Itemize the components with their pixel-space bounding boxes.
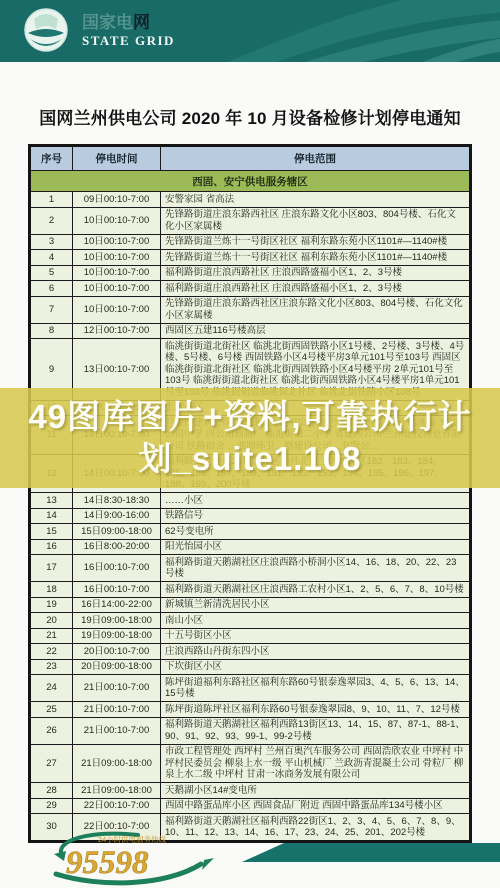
table-row: 2821日09:00-18:00天鹅湖小区14#变电所	[30, 783, 471, 799]
row-no: 5	[30, 265, 73, 281]
row-time: 14日9:00-16:00	[73, 508, 161, 524]
row-range: 南山小区	[161, 613, 471, 629]
row-range: 阳光怡园小区	[161, 539, 471, 555]
section-band-label: 西固、安宁供电服务辖区	[30, 171, 471, 192]
table-row: 710日00:10-7:00先锋路街道庄浪东路西社区庄浪东路文化小区803、80…	[30, 296, 471, 323]
row-no: 3	[30, 234, 73, 250]
row-range: 十五号街区小区	[161, 628, 471, 644]
row-range: 福利路街道庄浪西路社区 庄浪西路盛福小区1、2、3号楼	[161, 265, 471, 281]
logo-chinese: 国家电网	[82, 14, 175, 31]
row-range: 先锋路街道兰炼十一号街区社区 福利东路东苑小区1101#—1140#楼	[161, 250, 471, 266]
table-row: 1314日8:30-18:30……小区	[30, 493, 471, 509]
row-no: 24	[30, 675, 73, 702]
row-range: 62号变电所	[161, 524, 471, 540]
state-grid-emblem-icon	[24, 5, 68, 55]
row-range: 福利路街道天鹅湖社区福利西路13街区13、14、15、87、87-1、88-1、…	[161, 717, 471, 744]
row-no: 13	[30, 493, 73, 509]
table-row: 510日00:10-7:00福利路街道庄浪西路社区 庄浪西路盛福小区1、2、3号…	[30, 265, 471, 281]
row-time: 10日00:10-7:00	[73, 234, 161, 250]
table-row: 2220日00:10-7:00庄浪西路山丹街东四小区	[30, 644, 471, 660]
row-range: 西固中路蛋品库小区 西固食品厂附近 西固中路蛋品库134号楼小区	[161, 798, 471, 814]
row-time: 14日8:30-18:30	[73, 493, 161, 509]
table-row: 410日00:10-7:00先锋路街道兰炼十一号街区社区 福利东路东苑小区110…	[30, 250, 471, 266]
table-row: 2922日00:10-7:00西固中路蛋品库小区 西固食品厂附近 西固中路蛋品库…	[30, 798, 471, 814]
section-band-row: 西固、安宁供电服务辖区	[30, 171, 471, 192]
row-range: 陈坪街道陈坪社区福利东路60号银泰逸翠园8、9、10、11、7、12号楼	[161, 702, 471, 718]
row-no: 8	[30, 323, 73, 339]
table-row: 1816日00:10-7:00福利路街道天鹅湖社区庄浪西路工农村小区1、2、5、…	[30, 582, 471, 598]
watermark-line-2: 划_suite1.108	[139, 438, 362, 480]
row-no: 17	[30, 555, 73, 582]
row-time: 21日09:00-18:00	[73, 744, 161, 783]
row-time: 16日00:10-7:00	[73, 555, 161, 582]
table-row: 2621日00:10-7:00福利路街道天鹅湖社区福利西路13街区13、14、1…	[30, 717, 471, 744]
outage-schedule-table: 序号 停电时间 停电范围 西固、安宁供电服务辖区 109日00:10-7:00安…	[28, 144, 472, 843]
row-range: 安警家园 省高法	[161, 192, 471, 208]
row-no: 18	[30, 582, 73, 598]
logo-english: STATE GRID	[82, 34, 175, 47]
row-range: 福利路街道天鹅湖社区庄浪西路工农村小区1、2、5、6、7、8、10号楼	[161, 582, 471, 598]
row-no: 4	[30, 250, 73, 266]
row-range: 天鹅湖小区14#变电所	[161, 783, 471, 799]
table-row: 2320日09:00-18:00下坎街区小区	[30, 659, 471, 675]
row-range: 福利路街道庄浪西路社区 庄浪西路盛福小区1、2、3号楼	[161, 281, 471, 297]
row-time: 21日00:10-7:00	[73, 675, 161, 702]
row-range: 市政工程管理处 西坪村 兰州百奥汽车服务公司 西固浩欣农业 中坪村 中坪村民委员…	[161, 744, 471, 783]
row-range: 先锋路街道兰炼十一号街区社区 福利东路东苑小区1101#—1140#楼	[161, 234, 471, 250]
row-no: 7	[30, 296, 73, 323]
row-time: 20日00:10-7:00	[73, 644, 161, 660]
row-no: 26	[30, 717, 73, 744]
watermark-line-1: 49图库图片+资料,可靠执行计	[28, 396, 471, 438]
row-range: 西固区五建116号楼高层	[161, 323, 471, 339]
hotline-logo-graphic: 24小时供电服务热线 95598	[46, 828, 221, 886]
row-no: 27	[30, 744, 73, 783]
state-grid-header: 国家电网 STATE GRID	[0, 0, 500, 62]
logo-text: 国家电网 STATE GRID	[82, 14, 175, 47]
hotline-tagline-text: 24小时供电服务热线	[98, 834, 167, 844]
row-range: 下坎街区小区	[161, 659, 471, 675]
row-no: 19	[30, 597, 73, 613]
table-row: 109日00:10-7:00安警家园 省高法	[30, 192, 471, 208]
row-no: 23	[30, 659, 73, 675]
table-body: 109日00:10-7:00安警家园 省高法210日00:10-7:00先锋路街…	[30, 192, 471, 842]
row-no: 2	[30, 207, 73, 234]
row-no: 21	[30, 628, 73, 644]
column-header-time: 停电时间	[73, 146, 161, 171]
row-time: 19日09:00-18:00	[73, 628, 161, 644]
row-range: 庄浪西路山丹街东四小区	[161, 644, 471, 660]
notice-page: 国家电网 STATE GRID 国网兰州供电公司 2020 年 10 月设备检修…	[0, 0, 500, 888]
table-row: 1616日8:00-20:00阳光怡园小区	[30, 539, 471, 555]
row-time: 09日00:10-7:00	[73, 192, 161, 208]
table-row: 210日00:10-7:00先锋路街道庄浪东路西社区 庄浪东路文化小区803、8…	[30, 207, 471, 234]
column-header-range: 停电范围	[161, 146, 471, 171]
row-no: 1	[30, 192, 73, 208]
row-time: 10日00:10-7:00	[73, 265, 161, 281]
table-row: 2119日09:00-18:00十五号街区小区	[30, 628, 471, 644]
table-row: 610日00:10-7:00福利路街道庄浪西路社区 庄浪西路盛福小区1、2、3号…	[30, 281, 471, 297]
table-row: 2521日00:10-7:00陈坪街道陈坪社区福利东路60号银泰逸翠园8、9、1…	[30, 702, 471, 718]
row-no: 28	[30, 783, 73, 799]
row-range: 先锋路街道庄浪东路西社区 庄浪东路文化小区803、804号楼、石化文化小区家属楼	[161, 207, 471, 234]
row-no: 22	[30, 644, 73, 660]
table-row: 1716日00:10-7:00福利路街道天鹅湖社区庄浪西路小桥洞小区14、16、…	[30, 555, 471, 582]
hotline-number-text: 95598	[66, 845, 149, 881]
logo-net-glyph: 网	[133, 13, 150, 32]
table-row: 1916日14:00-22:00新城镇兰新清洗居民小区	[30, 597, 471, 613]
row-time: 21日09:00-18:00	[73, 783, 161, 799]
footer-ribbon	[242, 843, 500, 862]
table-row: 2721日09:00-18:00市政工程管理处 西坪村 兰州百奥汽车服务公司 西…	[30, 744, 471, 783]
row-range: 福利路街道天鹅湖社区庄浪西路小桥洞小区14、16、18、20、22、23号楼	[161, 555, 471, 582]
row-time: 21日00:10-7:00	[73, 717, 161, 744]
row-range: ……小区	[161, 493, 471, 509]
row-no: 20	[30, 613, 73, 629]
row-no: 25	[30, 702, 73, 718]
row-time: 16日14:00-22:00	[73, 597, 161, 613]
row-range: 铁路信号	[161, 508, 471, 524]
row-time: 12日00:10-7:00	[73, 323, 161, 339]
column-header-row: 序号 停电时间 停电范围	[30, 146, 471, 171]
row-no: 29	[30, 798, 73, 814]
row-time: 22日00:10-7:00	[73, 798, 161, 814]
column-header-no: 序号	[30, 146, 73, 171]
row-time: 15日09:00-18:00	[73, 524, 161, 540]
row-time: 19日09:00-18:00	[73, 613, 161, 629]
row-time: 10日00:10-7:00	[73, 207, 161, 234]
page-title: 国网兰州供电公司 2020 年 10 月设备检修计划停电通知	[14, 104, 486, 129]
hotline-95598-logo: 24小时供电服务热线 95598	[46, 828, 221, 888]
table-row: 812日00:10-7:00西固区五建116号楼高层	[30, 323, 471, 339]
row-no: 16	[30, 539, 73, 555]
table-row: 2019日09:00-18:00南山小区	[30, 613, 471, 629]
row-time: 16日00:10-7:00	[73, 582, 161, 598]
table-row: 310日00:10-7:00先锋路街道兰炼十一号街区社区 福利东路东苑小区110…	[30, 234, 471, 250]
state-grid-logo: 国家电网 STATE GRID	[24, 5, 175, 55]
row-range: 新城镇兰新清洗居民小区	[161, 597, 471, 613]
row-no: 14	[30, 508, 73, 524]
row-time: 10日00:10-7:00	[73, 296, 161, 323]
table-row: 2421日00:10-7:00陈坪街道福利东路社区福利东路60号银泰逸翠园3、4…	[30, 675, 471, 702]
row-no: 6	[30, 281, 73, 297]
row-time: 21日00:10-7:00	[73, 702, 161, 718]
row-time: 10日00:10-7:00	[73, 250, 161, 266]
row-time: 20日09:00-18:00	[73, 659, 161, 675]
watermark-overlay: 49图库图片+资料,可靠执行计 划_suite1.108	[0, 388, 500, 488]
table-row: 1414日9:00-16:00铁路信号	[30, 508, 471, 524]
row-time: 10日00:10-7:00	[73, 281, 161, 297]
table-head: 序号 停电时间 停电范围 西固、安宁供电服务辖区	[30, 146, 471, 192]
row-time: 16日8:00-20:00	[73, 539, 161, 555]
row-no: 15	[30, 524, 73, 540]
row-range: 陈坪街道福利东路社区福利东路60号银泰逸翠园3、4、5、6、13、14、15号楼	[161, 675, 471, 702]
logo-cn-faint: 国家电	[82, 13, 133, 32]
table-row: 1515日09:00-18:0062号变电所	[30, 524, 471, 540]
row-range: 先锋路街道庄浪东路西社区庄浪东路文化小区803、804号楼、石化文化小区家属楼	[161, 296, 471, 323]
